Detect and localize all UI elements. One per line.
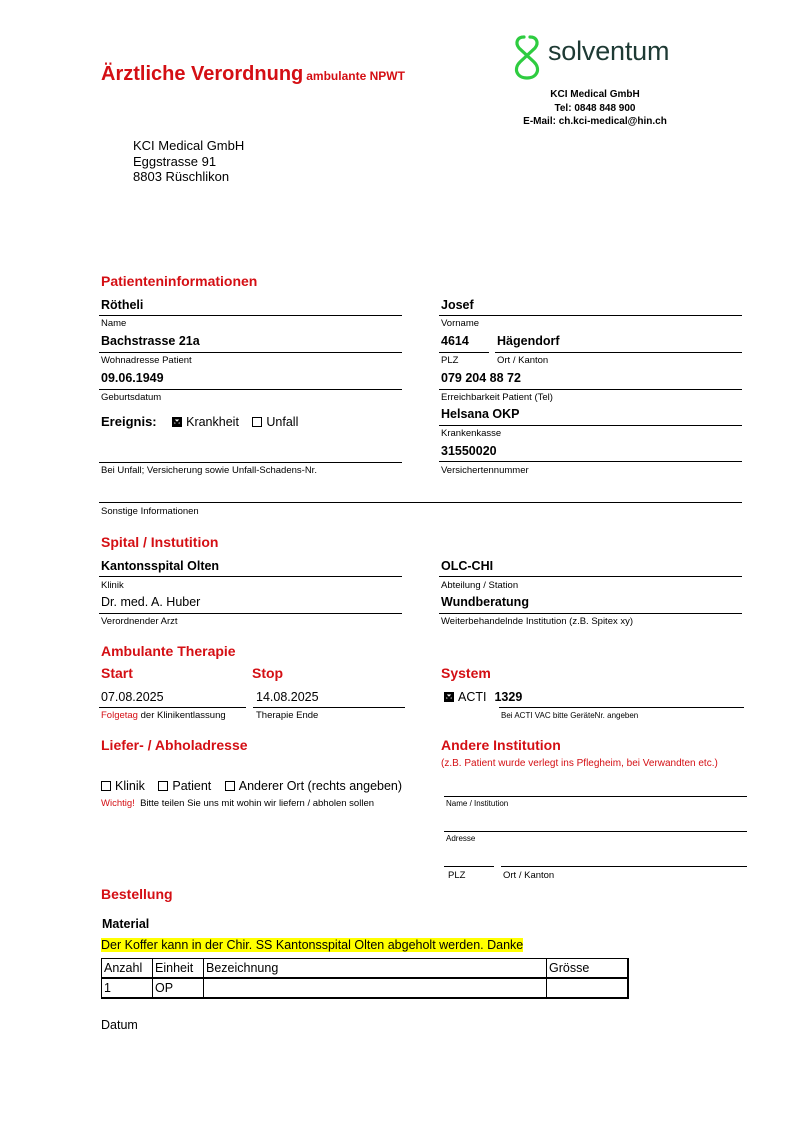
other-ort-label: Ort / Kanton bbox=[503, 870, 554, 881]
other-plz-label: PLZ bbox=[448, 870, 465, 881]
patient-address-label: Wohnadresse Patient bbox=[101, 355, 192, 366]
recipient-street: Eggstrasse 91 bbox=[133, 154, 244, 170]
acti-label: ACTI bbox=[458, 690, 486, 704]
event-label: Ereignis: bbox=[101, 414, 157, 429]
section-therapy: Ambulante Therapie bbox=[101, 643, 236, 659]
klinik-label: Klinik bbox=[115, 779, 145, 793]
col-einheit: Einheit bbox=[153, 959, 204, 979]
other-address-field[interactable] bbox=[444, 831, 747, 832]
title-text: Ärztliche Verordnung bbox=[101, 63, 303, 85]
accident-insurance-field[interactable] bbox=[99, 462, 402, 463]
patient-birthdate-field[interactable]: 09.06.1949 bbox=[101, 371, 164, 385]
follow-up-label: Weiterbehandelnde Institution (z.B. Spit… bbox=[441, 616, 633, 627]
patient-plz-field[interactable]: 4614 bbox=[441, 334, 469, 348]
recipient-city: 8803 Rüschlikon bbox=[133, 169, 244, 185]
patient-name-label: Name bbox=[101, 318, 126, 329]
contact-company: KCI Medical GmbH bbox=[500, 88, 690, 102]
patient-ort-field[interactable]: Hägendorf bbox=[497, 334, 560, 348]
patient-vorname-field[interactable]: Josef bbox=[441, 298, 474, 312]
event-group: Ereignis: Krankheit Unfall bbox=[101, 414, 298, 429]
col-anzahl: Anzahl bbox=[102, 959, 153, 979]
insured-number-field[interactable]: 31550020 bbox=[441, 444, 497, 458]
start-date-field[interactable]: 07.08.2025 bbox=[101, 690, 164, 704]
stop-date-field[interactable]: 14.08.2025 bbox=[256, 690, 319, 704]
solventum-s-icon bbox=[510, 34, 544, 80]
delivery-options: Klinik Patient Anderer Ort (rechts angeb… bbox=[101, 779, 402, 793]
delivery-note: Wichtig! Bitte teilen Sie uns mit wohin … bbox=[101, 798, 374, 809]
other-plz-field[interactable] bbox=[444, 866, 494, 867]
patient-name-field[interactable]: Rötheli bbox=[101, 298, 143, 312]
stop-date-label: Therapie Ende bbox=[256, 710, 318, 721]
recipient-address: KCI Medical GmbH Eggstrasse 91 8803 Rüsc… bbox=[133, 138, 244, 185]
other-info-field[interactable] bbox=[99, 502, 742, 503]
doctor-label: Verordnender Arzt bbox=[101, 616, 178, 627]
other-name-field[interactable] bbox=[444, 796, 747, 797]
title-subtitle: ambulante NPWT bbox=[306, 69, 405, 83]
department-field[interactable]: OLC-CHI bbox=[441, 559, 493, 573]
other-name-label: Name / Institution bbox=[446, 799, 508, 808]
document-title: Ärztliche Verordnungambulante NPWT bbox=[101, 63, 405, 86]
patient-birthdate-label: Geburtsdatum bbox=[101, 392, 161, 403]
material-label: Material bbox=[102, 917, 149, 931]
material-table: Anzahl Einheit Bezeichnung Grösse 1 OP bbox=[101, 958, 629, 999]
other-ort-field[interactable] bbox=[501, 866, 747, 867]
date-label: Datum bbox=[101, 1018, 138, 1032]
doctor-field[interactable]: Dr. med. A. Huber bbox=[101, 595, 200, 609]
contact-block: KCI Medical GmbH Tel: 0848 848 900 E-Mai… bbox=[500, 88, 690, 129]
checkbox-unfall[interactable] bbox=[252, 417, 262, 427]
checkbox-klinik[interactable] bbox=[101, 781, 111, 791]
patient-vorname-label: Vorname bbox=[441, 318, 479, 329]
other-address-label: Adresse bbox=[446, 834, 475, 843]
col-bezeichnung: Bezeichnung bbox=[204, 959, 547, 979]
patient-address-field[interactable]: Bachstrasse 21a bbox=[101, 334, 200, 348]
insurance-field[interactable]: Helsana OKP bbox=[441, 407, 520, 421]
section-hospital: Spital / Instutition bbox=[101, 534, 218, 550]
system-group: ACTI1329 bbox=[444, 690, 522, 704]
department-label: Abteilung / Station bbox=[441, 580, 518, 591]
checkbox-anderer-ort[interactable] bbox=[225, 781, 235, 791]
patient-label: Patient bbox=[172, 779, 211, 793]
table-row: 1 OP bbox=[102, 978, 629, 998]
insured-number-label: Versichertennummer bbox=[441, 465, 529, 476]
system-heading: System bbox=[441, 665, 491, 681]
solventum-logo: solventum bbox=[510, 34, 544, 85]
contact-email[interactable]: E-Mail: ch.kci-medical@hin.ch bbox=[500, 115, 690, 129]
cell-einheit[interactable]: OP bbox=[153, 978, 204, 998]
patient-plz-label: PLZ bbox=[441, 355, 458, 366]
table-header-row: Anzahl Einheit Bezeichnung Grösse bbox=[102, 959, 629, 979]
other-institution-hint: (z.B. Patient wurde verlegt ins Pfleghei… bbox=[441, 758, 718, 769]
checkbox-acti[interactable] bbox=[444, 692, 454, 702]
krankheit-label: Krankheit bbox=[186, 415, 239, 429]
unfall-label: Unfall bbox=[266, 415, 298, 429]
recipient-company: KCI Medical GmbH bbox=[133, 138, 244, 154]
device-number-label: Bei ACTI VAC bitte GeräteNr. angeben bbox=[501, 711, 638, 720]
clinic-label: Klinik bbox=[101, 580, 124, 591]
insurance-label: Krankenkasse bbox=[441, 428, 501, 439]
clinic-field[interactable]: Kantonsspital Olten bbox=[101, 559, 219, 573]
patient-ort-label: Ort / Kanton bbox=[497, 355, 548, 366]
col-groesse: Grösse bbox=[547, 959, 629, 979]
cell-bezeichnung[interactable] bbox=[204, 978, 547, 998]
patient-phone-label: Erreichbarkeit Patient (Tel) bbox=[441, 392, 553, 403]
section-delivery: Liefer- / Abholadresse bbox=[101, 737, 248, 753]
order-note: Der Koffer kann in der Chir. SS Kantonss… bbox=[101, 938, 523, 952]
cell-groesse[interactable] bbox=[547, 978, 629, 998]
checkbox-patient[interactable] bbox=[158, 781, 168, 791]
device-number-field[interactable]: 1329 bbox=[494, 690, 522, 704]
start-heading: Start bbox=[101, 665, 133, 681]
contact-phone: Tel: 0848 848 900 bbox=[500, 102, 690, 116]
other-info-label: Sonstige Informationen bbox=[101, 506, 199, 517]
anderer-ort-label: Anderer Ort (rechts angeben) bbox=[239, 779, 402, 793]
start-date-label: Folgetag der Klinikentlassung bbox=[101, 710, 226, 721]
accident-insurance-label: Bei Unfall; Versicherung sowie Unfall-Sc… bbox=[101, 465, 317, 476]
cell-anzahl[interactable]: 1 bbox=[102, 978, 153, 998]
checkbox-krankheit[interactable] bbox=[172, 417, 182, 427]
follow-up-field[interactable]: Wundberatung bbox=[441, 595, 529, 609]
section-other-institution: Andere Institution bbox=[441, 737, 561, 753]
stop-heading: Stop bbox=[252, 665, 283, 681]
section-patient-info: Patienteninformationen bbox=[101, 273, 257, 289]
logo-wordmark: solventum bbox=[548, 36, 669, 67]
section-order: Bestellung bbox=[101, 886, 173, 902]
patient-phone-field[interactable]: 079 204 88 72 bbox=[441, 371, 521, 385]
